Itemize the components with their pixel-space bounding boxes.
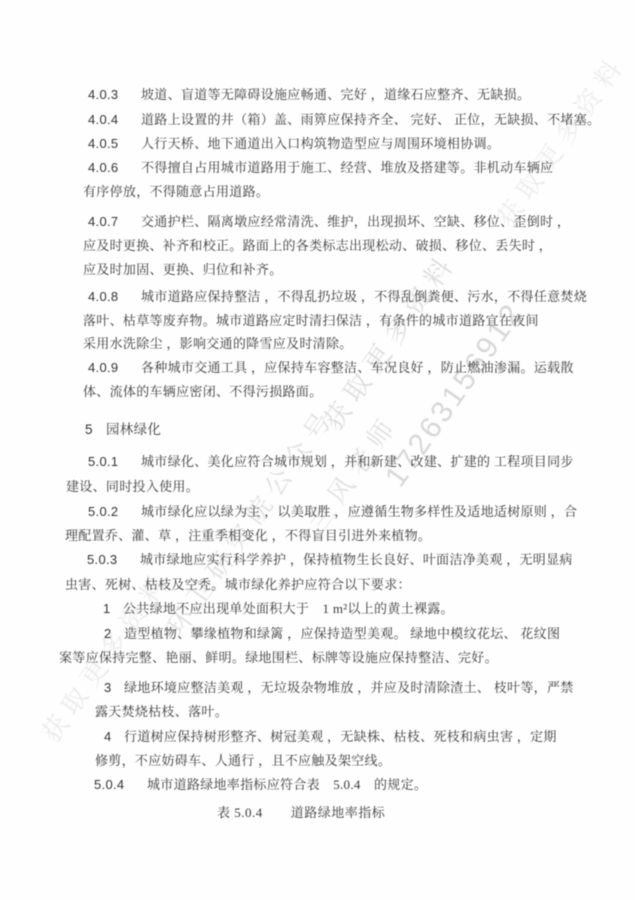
line-5-0-2: 5.0.2城市绿化应以绿为主 ，以美取胜 ，应遵循生物多样性及适地适树原则 ，合 xyxy=(88,502,577,522)
item-text: 造型植物、攀缘植物和绿篱 ，应保持造型美观。 绿地中模纹花坛、 花纹图 xyxy=(124,626,560,641)
clause-number: 4.0.9 xyxy=(88,358,124,378)
clause-number: 5.0.2 xyxy=(88,502,124,522)
clause-text: 城市绿地应实行科学养护 ，保持植物生长良好、叶面洁净美观 ，无明显病 xyxy=(140,552,573,567)
clause-text: 落叶、枯草等废弃物。城市道路应定时清扫保洁 ，有条件的城市道路宜在夜间 xyxy=(83,313,539,328)
clause-number: 4.0.8 xyxy=(88,287,124,307)
item-text: 修剪，不应妨碍车、人通行 ，且不应触及架空线。 xyxy=(95,753,391,768)
line-4-0-4: 4.0.4道路上设置的井（箱）盖、雨箅应保持齐全、 完好、 正位，无缺损、不堵塞… xyxy=(88,110,600,130)
item-number: 4 xyxy=(104,727,113,747)
clause-text: 虫害、死树、枯枝及空秃。城市绿化养护应符合以下要求： xyxy=(65,577,411,592)
section-title: 园林绿化 xyxy=(106,422,161,437)
clause-text: 体、流体的车辆应密闭、不得污损路面。 xyxy=(83,384,322,399)
clause-number: 4.0.5 xyxy=(88,134,124,154)
clause-number: 4.0.4 xyxy=(88,110,124,130)
clause-number: 5.0.3 xyxy=(87,550,123,570)
clause-text: 理配置乔、灌、草 ，注重季相变化 ，不得盲目引进外来植物。 xyxy=(65,528,431,543)
clause-number: 4.0.7 xyxy=(88,212,124,232)
clause-text: 各种城市交通工具 ，应保持车容整洁、车况良好 ，防止燃油渗漏。运载散 xyxy=(141,360,574,375)
clause-number: 5.0.4 xyxy=(94,775,130,795)
clause-text: 建设、同时投入使用。 xyxy=(66,479,199,494)
clause-text: 不得擅自占用城市道路用于施工、经营、堆放及搭建等。非机动车辆应 xyxy=(141,160,553,175)
line-4-0-5: 4.0.5人行天桥、地下通道出入口构筑物造型应与周围环境相协调。 xyxy=(88,134,500,154)
table-caption-label: 表 5.0.4 xyxy=(217,805,263,820)
line-4-0-8-cont: 落叶、枯草等废弃物。城市道路应定时清扫保洁 ，有条件的城市道路宜在夜间 xyxy=(83,311,539,331)
table-caption: 表 5.0.4道路绿地率指标 xyxy=(217,803,385,823)
clause-text: 道路上设置的井（箱）盖、雨箅应保持齐全、 完好、 正位，无缺损、不堵塞。 xyxy=(141,112,600,127)
line-5-0-1-cont: 建设、同时投入使用。 xyxy=(66,477,199,497)
line-4-0-3: 4.0.3坡道、盲道等无障碍设施应畅通、完好 ，道缘石应整齐、无缺损。 xyxy=(88,85,530,105)
item-text: 绿地环境应整洁美观 ，无垃圾杂物堆放 ，并应及时清除渣土、 枝叶等，严禁 xyxy=(124,680,574,695)
line-5-0-3: 5.0.3城市绿地应实行科学养护 ，保持植物生长良好、叶面洁净美观 ，无明显病 xyxy=(87,550,573,570)
line-4-0-7-cont: 应及时更换、补齐和校正。路面上的各类标志出现松动、破损、移位、丢失时 ， xyxy=(83,236,552,256)
line-4-0-6: 4.0.6不得擅自占用城市道路用于施工、经营、堆放及搭建等。非机动车辆应 xyxy=(88,158,553,178)
line-4-0-8-cont2: 采用水洗除尘 ，影响交通的降雪应及时清除。 xyxy=(83,334,353,354)
line-4-0-6-cont: 有序停放，不得随意占用道路。 xyxy=(83,182,269,202)
item-text: 露天焚烧枯枝、落叶。 xyxy=(95,704,228,719)
line-5-0-1: 5.0.1城市绿化、美化应符合城市规划 ，并和新建、改建、扩建的 工程项目同步 xyxy=(88,452,574,472)
clause-text: 城市绿化、美化应符合城市规划 ，并和新建、改建、扩建的 工程项目同步 xyxy=(141,454,574,469)
clause-number: 4.0.3 xyxy=(88,85,124,105)
line-5-0-3-item-2-cont: 案等应保持完整、艳丽、鲜明。绿地围栏、标牌等设施应保持整洁、完好。 xyxy=(59,648,498,668)
line-4-0-9: 4.0.9各种城市交通工具 ，应保持车容整洁、车况良好 ，防止燃油渗漏。运载散 xyxy=(88,358,574,378)
line-5-0-3-item-4: 4行道树应保持树形整齐、树冠美观 ，无缺株、枯枝、死枝和病虫害 ，定期 xyxy=(104,727,557,747)
clause-text: 采用水洗除尘 ，影响交通的降雪应及时清除。 xyxy=(83,336,353,351)
clause-text: 有序停放，不得随意占用道路。 xyxy=(83,184,269,199)
document-page: 环卫研究院公众号 兰风老师 获取更多资料 17263156912 获取更多资料 … xyxy=(0,0,635,900)
item-text: 案等应保持完整、艳丽、鲜明。绿地围栏、标牌等设施应保持整洁、完好。 xyxy=(59,650,498,665)
item-number: 1 xyxy=(103,599,112,619)
line-4-0-9-cont: 体、流体的车辆应密闭、不得污损路面。 xyxy=(83,382,322,402)
line-5-0-3-item-3-cont: 露天焚烧枯枝、落叶。 xyxy=(95,702,228,722)
clause-text: 城市道路绿地率指标应符合表 5.0.4 的规定。 xyxy=(147,777,427,792)
line-5-0-2-cont: 理配置乔、灌、草 ，注重季相变化 ，不得盲目引进外来植物。 xyxy=(65,526,431,546)
clause-text: 交通护栏、隔离墩应经常清洗、维护，出现损坏、空缺、移位、歪倒时 ， xyxy=(141,214,570,229)
line-5-0-4: 5.0.4城市道路绿地率指标应符合表 5.0.4 的规定。 xyxy=(94,775,427,795)
line-5-0-3-item-3: 3绿地环境应整洁美观 ，无垃圾杂物堆放 ，并应及时清除渣土、 枝叶等，严禁 xyxy=(104,678,574,698)
table-caption-title: 道路绿地率指标 xyxy=(291,805,386,820)
item-number: 3 xyxy=(104,678,113,698)
clause-text: 城市道路应保持整洁 ，不得乱扔垃圾 ，不得乱倒粪便、污水，不得任意焚烧 xyxy=(141,289,587,304)
clause-text: 应及时更换、补齐和校正。路面上的各类标志出现松动、破损、移位、丢失时 ， xyxy=(83,238,552,253)
line-4-0-7-cont2: 应及时加固、更换、归位和补齐。 xyxy=(83,260,283,280)
item-text: 行道树应保持树形整齐、树冠美观 ，无缺株、枯枝、死枝和病虫害 ，定期 xyxy=(124,729,557,744)
clause-text: 城市绿化应以绿为主 ，以美取胜 ，应遵循生物多样性及适地适树原则 ，合 xyxy=(141,504,577,519)
clause-number: 5.0.1 xyxy=(88,452,124,472)
clause-text: 应及时加固、更换、归位和补齐。 xyxy=(83,262,283,277)
clause-text: 人行天桥、地下通道出入口构筑物造型应与周围环境相协调。 xyxy=(141,136,500,151)
line-5-0-3-item-1: 1公共绿地不应出现单处面积大于 1 m²以上的黄土裸露。 xyxy=(103,599,454,619)
line-4-0-7: 4.0.7交通护栏、隔离墩应经常清洗、维护，出现损坏、空缺、移位、歪倒时 ， xyxy=(88,212,570,232)
clause-text: 坡道、盲道等无障碍设施应畅通、完好 ，道缘石应整齐、无缺损。 xyxy=(141,87,530,102)
clause-number: 4.0.6 xyxy=(88,158,124,178)
item-number: 2 xyxy=(104,624,113,644)
watermark-text: 获取更多资料 xyxy=(486,46,633,234)
section-number: 5 xyxy=(85,420,94,440)
section-5-heading: 5园林绿化 xyxy=(85,420,161,440)
item-text: 公共绿地不应出现单处面积大于 1 m²以上的黄土裸露。 xyxy=(123,601,454,616)
line-5-0-3-item-2: 2造型植物、攀缘植物和绿篱 ，应保持造型美观。 绿地中模纹花坛、 花纹图 xyxy=(104,624,560,644)
line-5-0-3-item-4-cont: 修剪，不应妨碍车、人通行 ，且不应触及架空线。 xyxy=(95,751,391,771)
line-5-0-3-cont: 虫害、死树、枯枝及空秃。城市绿化养护应符合以下要求： xyxy=(65,575,411,595)
line-4-0-8: 4.0.8城市道路应保持整洁 ，不得乱扔垃圾 ，不得乱倒粪便、污水，不得任意焚烧 xyxy=(88,287,587,307)
